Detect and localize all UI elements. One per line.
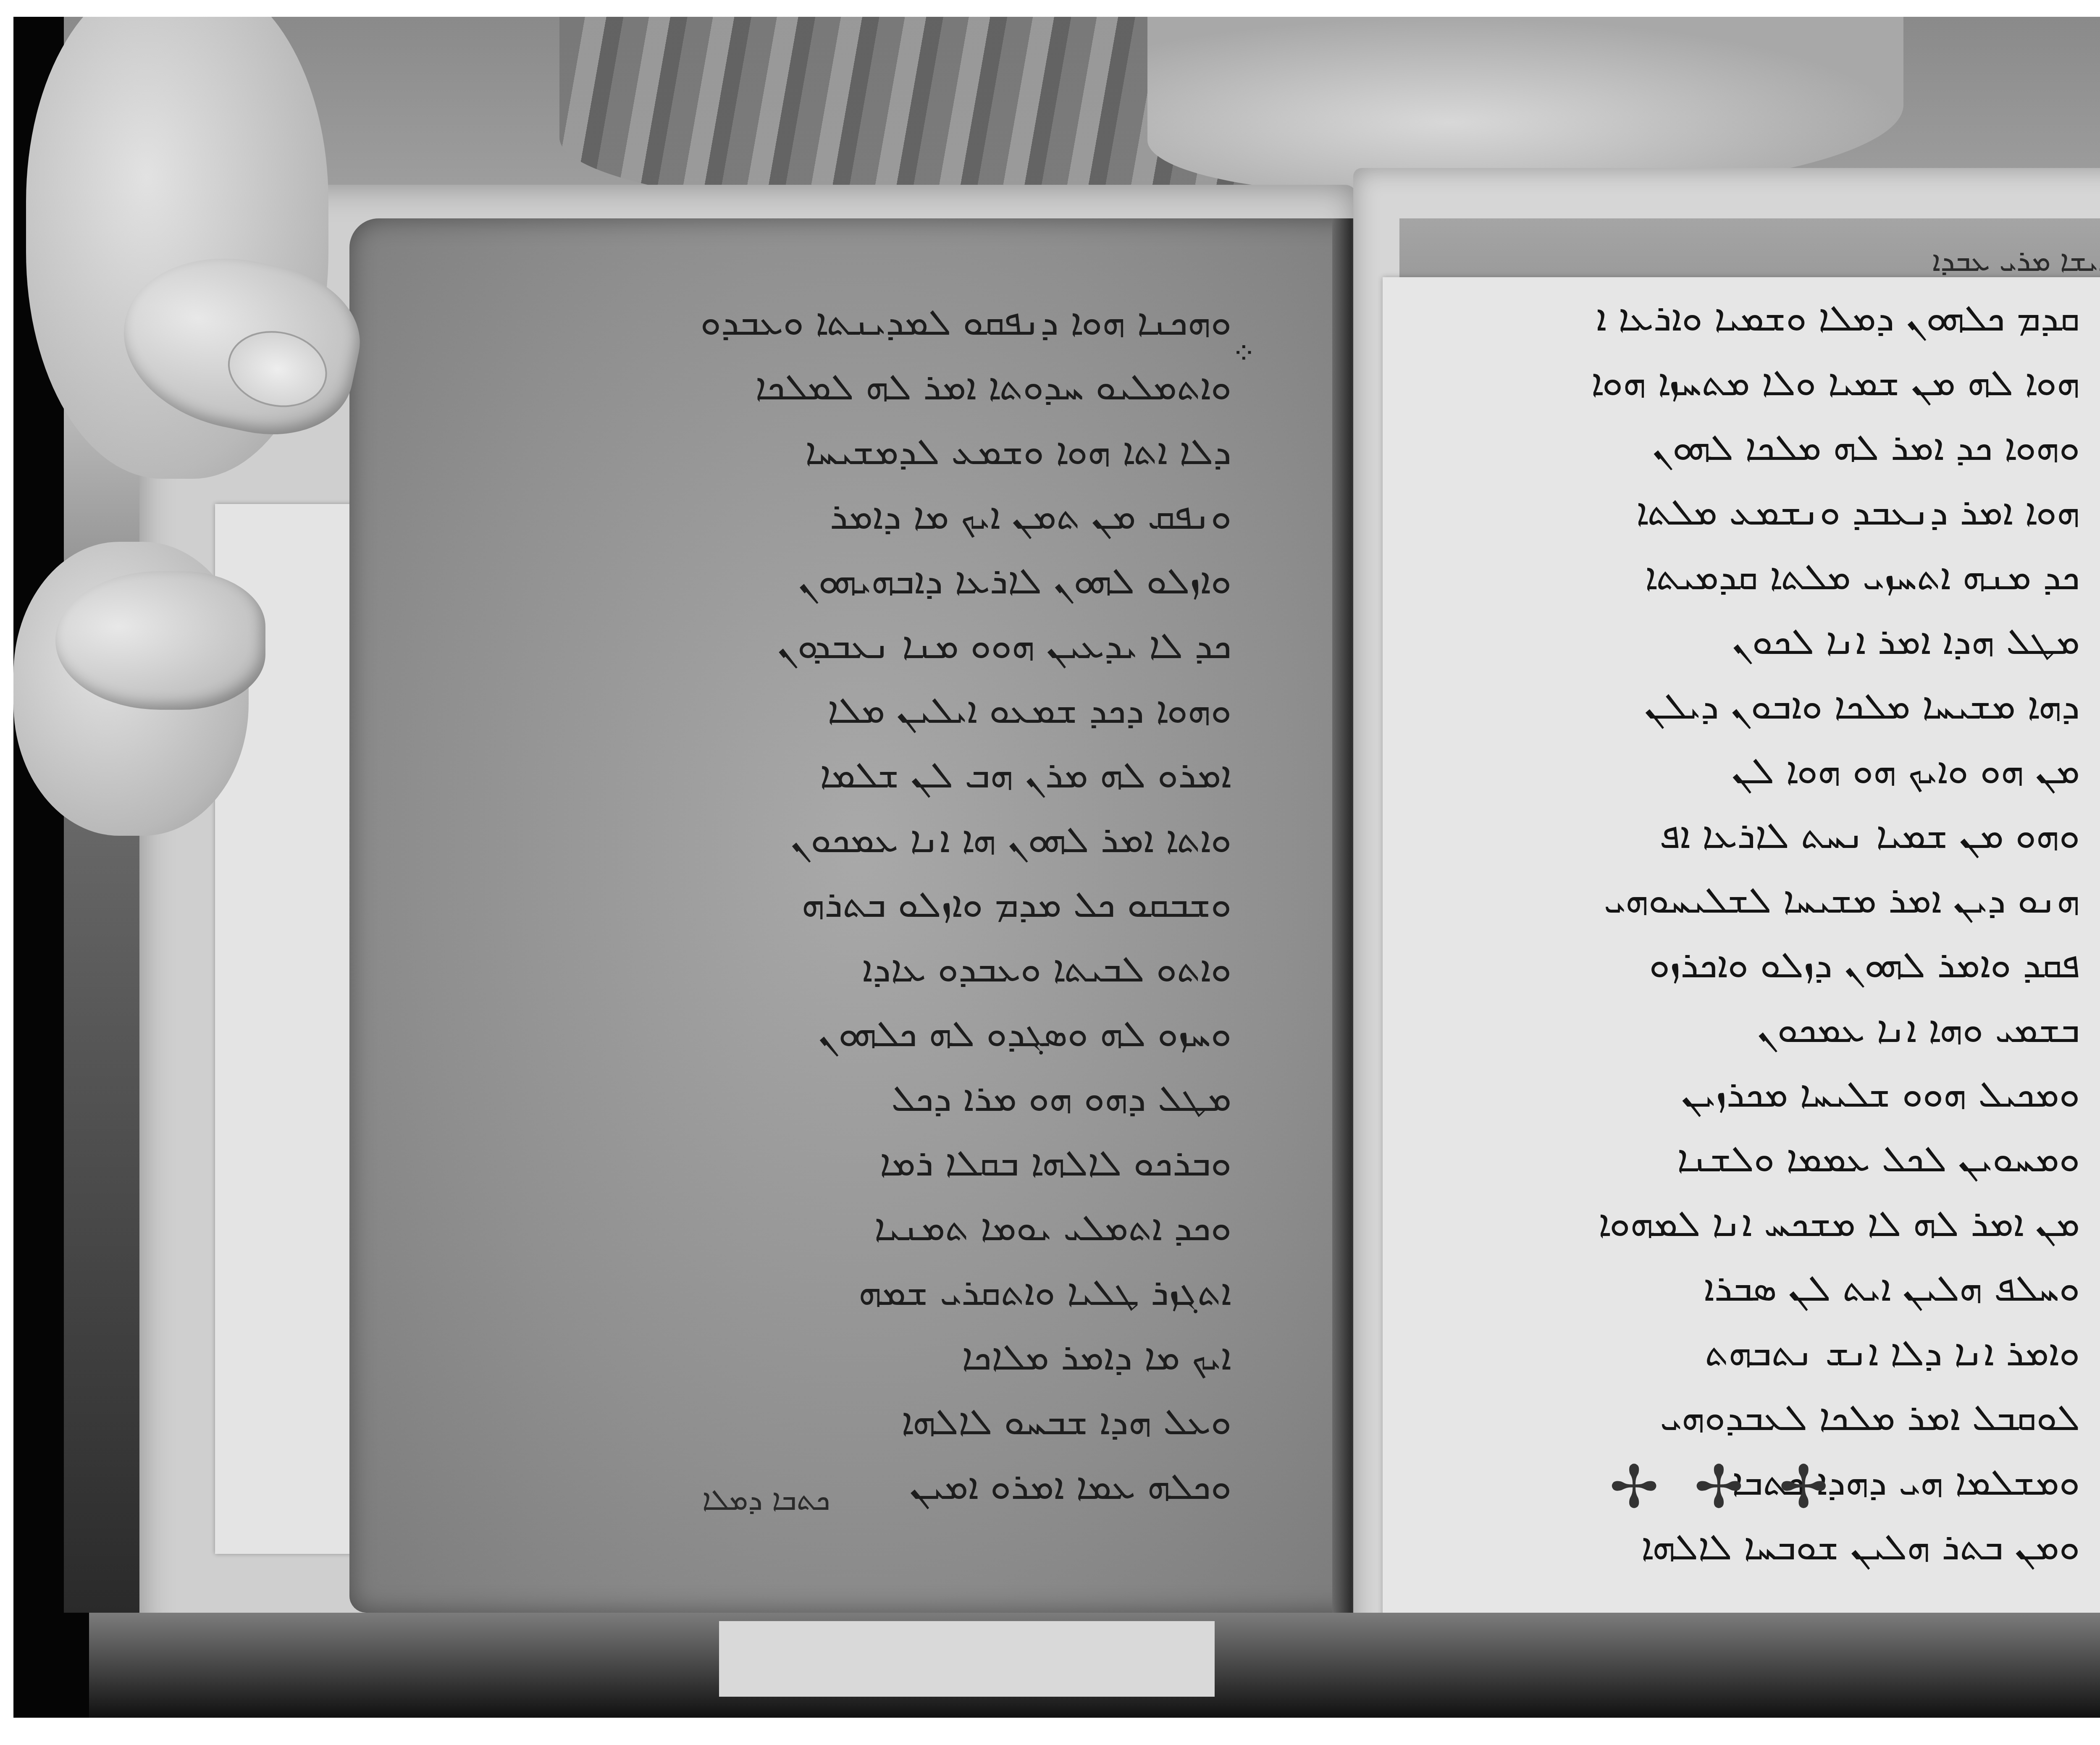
text-line: ܘܡܟܝܠ ܗܘܘ ܫܠܝܚܐ ܡܟܪܙܝܢ [1349, 1062, 2080, 1126]
text-line: ܘܚܠܦ ܗܠܝܢ ܐܝܬ ܠܢ ܣܒܪܐ [1349, 1256, 2080, 1320]
text-line: ܘܚܙܘ ܠܗ ܘܣܓܕܘ ܠܗ ܟܠܗܘܢ [366, 1001, 1231, 1066]
text-line: ܟܕ ܡܢܗ ܐܬܚܙܝ ܡܠܬܐ ܩܕܡܝܬܐ [1349, 544, 2080, 609]
text-line: ܦܩܕ ܘܐܡܪ ܠܗܘܢ ܕܙܠܘ ܘܐܟܪܙܘ [1349, 932, 2080, 997]
text-line: ܡܛܠ ܕܗܘ ܗܘ ܡܪܐ ܕܟܠ [366, 1066, 1231, 1131]
text-line: ܕܠܐ ܐܬܐ ܗܘܐ ܘܫܡܥ ܠܕܡܫܝܚܐ [366, 419, 1231, 484]
text-line: ܗܘܐ ܠܗ ܡܢ ܫܡܝܐ ܘܠܐ ܡܬܚܙܐ ܗܘܐ [1349, 350, 2080, 415]
text-line: ܘܢܦܩ ܡܢ ܬܡܢ ܐܝܟ ܡܐ ܕܐܡܪ [366, 484, 1231, 548]
text-line: ܘܗܘܐ ܟܕ ܐܡܪ ܠܗ ܡܠܟܐ ܠܗܘܢ [1349, 415, 2080, 480]
text-line: ܠܘܩܒܠ ܐܡܪ ܡܠܟܐ ܠܥܒܕܘܗܝ [1349, 1385, 2080, 1450]
text-line: ܘܒܪܟܘ ܠܐܠܗܐ ܒܩܠܐ ܪܡܐ [366, 1131, 1231, 1195]
left-page-text: ܘܗܟܢܐ ܗܘܐ ܕܢܦܩܘ ܠܡܕܝܢܬܐ ܘܥܒܕܘ ܘܐܬܡܠܝܘ ܚܕ… [366, 290, 1231, 1519]
text-line: ܘܐܡܪ ܐܢܐ ܕܠܐ ܐܢܫ ܢܬܒܗܬ [1349, 1320, 2080, 1385]
text-line: ܒܫܡܝ ܘܗܐ ܐܢܐ ܥܡܟܘܢ [1349, 997, 2080, 1062]
text-line: ܟܕ ܠܐ ܝܕܥܝܢ ܗܘܘ ܡܢܐ ܢܥܒܕܘܢ [366, 613, 1231, 678]
text-line: ܘܐܬܐ ܐܡܪ ܠܗܘܢ ܗܐ ܐܢܐ ܥܡܟܘܢ [366, 807, 1231, 872]
bottom-tab-text: ܟܬܒܐ ܕܡܠܐ [702, 1483, 830, 1517]
text-line: ܘܐܬܡܠܝܘ ܚܕܘܬܐ ܐܡܪ ܠܗ ܠܡܠܟܐ [366, 354, 1231, 419]
left-finger [55, 571, 265, 710]
text-line: ܘܗܘ ܡܢ ܫܡܝܐ ܢܚܬ ܠܐܪܥܐ ܐܦ [1349, 803, 2080, 868]
text-line: ܘܫܒܩܘ ܟܠ ܡܕܡ ܘܐܙܠܘ ܒܬܪܗ [366, 872, 1231, 937]
text-line: ܕܗܐ ܡܫܝܚܐ ܡܠܟܐ ܘܐܒܘܢ ܕܝܠܢ [1349, 674, 2080, 738]
text-line: ܗܢܘ ܕܝܢ ܐܡܪ ܡܫܝܚܐ ܠܫܠܝܚܘܗܝ [1349, 868, 2080, 932]
text-line: ܡܛܠ ܗܕܐ ܐܡܪ ܐܢܐ ܠܟܘܢ [1349, 609, 2080, 674]
bottom-label-tab [719, 1621, 1215, 1697]
photo-frame: ܫܪܒܐ ܕܩܕܝܫܐ ܡܪܝ ܥܒܕܐ ⁘ ⁘ ܘܗܟܢܐ ܗܘܐ ܕܢܦܩܘ… [13, 17, 2100, 1718]
text-line: ܩܕܡ ܟܠܗܘܢ ܕܡܠܐ ܘܫܡܝܐ ܘܐܪܥܐ ܐ [1349, 286, 2080, 350]
text-line: ܗܘܐ ܐܡܪ ܕܢܥܒܕ ܘܢܫܡܥ ܡܠܬܐ [1349, 480, 2080, 544]
thumbnail [221, 322, 334, 416]
text-line: ܡܢ ܗܘ ܘܐܝܟ ܗܘ ܗܘܐ ܠܢ [1349, 738, 2080, 803]
text-line: ܘܗܟܢܐ ܗܘܐ ܕܢܦܩܘ ܠܡܕܝܢܬܐ ܘܥܒܕܘ [366, 290, 1231, 354]
text-line: ܘܥܠ ܗܕܐ ܫܒܚܘ ܠܐܠܗܐ [366, 1389, 1231, 1454]
text-line: ܐܡܪܘ ܠܗ ܡܪܢ ܗܒ ܠܢ ܫܠܡܐ [366, 743, 1231, 807]
cross-ornament-icon: ✢ ✢ ✢ [1609, 1453, 1837, 1522]
right-page-text: ܩܕܡ ܟܠܗܘܢ ܕܡܠܐ ܘܫܡܝܐ ܘܐܪܥܐ ܐ ܗܘܐ ܠܗ ܡܢ ܫ… [1349, 286, 2080, 1579]
text-line: ܡܢ ܐܡܪ ܠܗ ܠܐ ܡܫܟܚ ܐܢܐ ܠܡܗܘܐ [1349, 1191, 2080, 1256]
forearm [1147, 17, 1903, 193]
text-line: ܘܐܬܘ ܠܒܝܬܐ ܘܥܒܕܘ ܥܐܕܐ [366, 937, 1231, 1001]
left-ornament-icon: ⁘ [1231, 336, 1256, 370]
text-line: ܘܐܙܠܘ ܠܗܘܢ ܠܐܪܥܐ ܕܐܒܗܝܗܘܢ [366, 548, 1231, 613]
text-line: ܘܟܕ ܐܬܡܠܝ ܝܘܡܐ ܬܡܢܝܐ [366, 1195, 1231, 1260]
text-line: ܘܡܚܘܝܢ ܠܟܠ ܥܡܡܐ ܘܠܫܢܐ [1349, 1126, 2080, 1191]
text-line: ܐܝܟ ܡܐ ܕܐܡܪ ܡܠܐܟܐ [366, 1325, 1231, 1389]
right-page-header-text: ܫܪܒܐ ܕܩܕܝܫܐ ܡܪܝ ܥܒܕܐ [1412, 244, 2100, 278]
text-line: ܐܬܓܙܪ ܛܠܝܐ ܘܐܬܩܪܝ ܫܡܗ [366, 1260, 1231, 1325]
text-line: ܘܡܢ ܒܬܪ ܗܠܝܢ ܫܘܒܚܐ ܠܐܠܗܐ [1349, 1514, 2080, 1579]
text-line: ܘܗܘܐ ܕܟܕ ܫܡܥܘ ܐܝܠܝܢ ܡܠܐ [366, 678, 1231, 743]
